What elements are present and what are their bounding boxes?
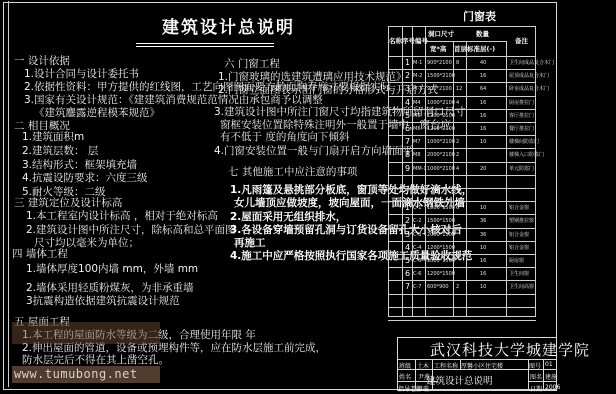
- title-block-cell: 土木: [417, 361, 429, 370]
- table-cell: M-1: [413, 60, 422, 66]
- title-underline: [136, 43, 274, 47]
- note-line: 三 建筑定位及设计标高: [14, 197, 122, 209]
- row-number: 4: [405, 243, 410, 252]
- table-cell: 1500*1500: [427, 218, 455, 224]
- watermark-url: www.tumubong.net: [12, 366, 160, 383]
- table-cell: 卫生间成品复合木门: [509, 60, 554, 66]
- note-line: 六 门窗工程: [224, 58, 280, 70]
- table-cell: 1500*2100: [427, 73, 455, 79]
- table-cell: 12: [456, 86, 462, 92]
- table-rule-h: [388, 267, 536, 268]
- table-cell: M6: [413, 126, 421, 132]
- table-cell: C-5: [413, 258, 421, 264]
- table-cell: C-2: [413, 218, 421, 224]
- table-cell: 餐厅推拉门: [509, 126, 534, 132]
- table-cell: 厨房推拉门: [509, 100, 534, 106]
- row-number: 3: [405, 84, 410, 93]
- table-rule-h: [388, 96, 536, 97]
- table-rule-h: [388, 82, 536, 83]
- table-rule-h: [388, 294, 536, 295]
- title-block-cell: 日期: [530, 384, 542, 393]
- table-rule-h: [388, 109, 536, 110]
- table-cell: 10: [480, 205, 486, 211]
- table-cell: M7: [413, 139, 421, 145]
- note-line: 防水层完后不得在其上凿空孔。: [22, 354, 169, 366]
- row-number: 1: [405, 203, 410, 212]
- row-number: 8: [405, 150, 410, 159]
- table-cell: 900*2100: [427, 86, 452, 92]
- table-cell: 36: [480, 232, 486, 238]
- table-cell: 客厅推拉门: [509, 113, 534, 119]
- table-header: 洞口尺寸: [428, 29, 454, 38]
- table-cell: M4: [413, 100, 421, 106]
- note-line: 1.设计合同与设计委托书: [24, 68, 139, 80]
- table-cell: 10: [480, 139, 486, 145]
- row-number: 3: [405, 230, 410, 239]
- table-cell: 64: [480, 86, 486, 92]
- table-cell: 20: [480, 166, 486, 172]
- title-block-cell: 2006: [545, 384, 560, 391]
- table-rule-h: [388, 241, 536, 242]
- table-cell: 1200*1500: [427, 271, 455, 277]
- table-cell: C-6: [413, 271, 421, 277]
- title-block-rule: [397, 359, 557, 360]
- note-line: 1.本工程室内设计标高 ，相对于绝对标高: [26, 210, 218, 222]
- table-rule-h: [388, 316, 536, 317]
- table-cell: 2000*2100: [427, 152, 455, 158]
- table-rule-h: [388, 307, 536, 308]
- table-rule-h: [388, 214, 536, 215]
- table-cell: 16: [480, 271, 486, 277]
- door-window-table-title: 门窗表: [463, 8, 496, 24]
- table-cell: 厨房窗: [509, 258, 524, 264]
- table-cell: 16: [480, 258, 486, 264]
- row-number: 2: [405, 216, 410, 225]
- table-cell: 16: [480, 73, 486, 79]
- note-line: 4.门窗安装位置一般与门扇开启方向墙面平: [214, 145, 413, 157]
- title-block-cell: 图名: [530, 372, 542, 381]
- table-header: 首层标准层(-): [454, 44, 495, 53]
- table-header: 名称序号编号: [389, 36, 428, 45]
- table-header: 备注: [515, 36, 528, 45]
- table-cell: 16: [480, 126, 486, 132]
- table-rule-h: [388, 320, 536, 321]
- table-cell: M5: [413, 113, 421, 119]
- table-cell: 8: [456, 60, 459, 66]
- table-cell: 1000*1500: [427, 258, 455, 264]
- table-rule-h: [388, 228, 536, 229]
- table-cell: 4: [456, 100, 459, 106]
- watermark-logo-block: [12, 322, 160, 344]
- row-number: 1: [405, 58, 410, 67]
- table-cell: 楼梯入口防盗门: [509, 152, 544, 158]
- table-rule-h: [388, 162, 536, 163]
- table-cell: 2: [456, 139, 459, 145]
- table-cell: 1000*2100: [427, 139, 455, 145]
- table-cell: 1800*1500: [427, 205, 455, 211]
- school-name: 武汉科技大学城建学院: [430, 339, 590, 360]
- table-cell: 1200*1500: [427, 245, 455, 251]
- table-cell: 铝合金窗: [509, 245, 529, 251]
- table-cell: 6: [456, 205, 459, 211]
- title-block-cell: 建施: [545, 372, 557, 381]
- note-line: 2.建筑设计图中所注尺寸，除标高和总平面图: [26, 224, 236, 236]
- table-rule-h: [388, 148, 536, 149]
- table-cell: 卫生间高窗: [509, 284, 534, 290]
- table-rule-h: [388, 135, 536, 136]
- table-cell: C-4: [413, 245, 421, 251]
- table-cell: 600*900: [427, 284, 449, 290]
- table-cell: 2: [456, 152, 459, 158]
- table-cell: 1000*2100: [427, 100, 455, 106]
- table-cell: 1000*2100: [427, 166, 455, 172]
- row-number: 5: [405, 256, 410, 265]
- table-rule-h: [388, 26, 536, 27]
- table-cell: 40: [480, 60, 486, 66]
- row-number: 2: [405, 71, 410, 80]
- table-cell: 4: [456, 166, 459, 172]
- note-line: 再施工: [234, 237, 266, 249]
- table-cell: 2: [456, 284, 459, 290]
- title-block-cell: 01: [545, 361, 553, 368]
- note-line: 1.墙体厚度100内墙 mm，外墙 mm: [26, 263, 198, 275]
- table-header: 宽*高: [430, 44, 446, 53]
- note-line: 3抗震构造依据建筑抗震设计规范: [26, 295, 180, 307]
- table-rule-h: [388, 201, 536, 202]
- table-cell: MM-1: [413, 166, 427, 172]
- frame-left-border: [8, 1, 9, 387]
- note-line: 2.墙体采用轻质粉煤灰，为非承重墙: [26, 282, 194, 294]
- title-block-rule: [543, 359, 544, 391]
- table-cell: 10: [480, 245, 486, 251]
- title-block-cell: 厚馨小区住宅楼: [461, 361, 503, 370]
- row-number: 7: [405, 282, 410, 291]
- table-cell: 2000*1500: [427, 232, 455, 238]
- title-block-cell: 工程名称: [434, 361, 458, 370]
- table-rule-h: [388, 188, 536, 189]
- table-rule-h: [388, 254, 536, 255]
- row-number: 6: [405, 269, 410, 278]
- table-cell: 塑钢推拉窗: [509, 218, 534, 224]
- table-cell: 楼梯间防盗门: [509, 139, 539, 145]
- note-line: 3.结构形式：框架填充墙: [22, 159, 137, 171]
- row-number: 9: [405, 164, 410, 173]
- table-cell: 1200*2100: [427, 126, 455, 132]
- table-cell: 铝合金窗: [509, 232, 529, 238]
- table-cell: 1200*2100: [427, 113, 455, 119]
- table-cell: 屋顶成品复合木门: [509, 73, 549, 79]
- table-header: 数量: [476, 29, 489, 38]
- table-cell: 36: [480, 218, 486, 224]
- table-cell: M-2: [413, 73, 422, 79]
- row-number: 4: [405, 98, 410, 107]
- note-line: 《建筑鏖露逆程模苯规范》: [34, 107, 160, 119]
- table-cell: 单元防盗门: [509, 166, 534, 172]
- table-cell: C-1: [413, 205, 421, 211]
- note-line: 四 墙体工程: [12, 248, 68, 260]
- table-cell: C-3: [413, 232, 421, 238]
- note-line: 2.建筑层数： 层: [22, 145, 98, 157]
- drawing-title: 建筑设计总说明: [162, 13, 295, 38]
- note-line: 1.建筑面积m: [22, 131, 84, 143]
- row-number: 7: [405, 137, 410, 146]
- table-rule-h: [388, 280, 536, 281]
- table-rule-h: [388, 56, 536, 57]
- title-block-cell: 图号: [529, 361, 541, 370]
- table-cell: 铝合金窗: [509, 205, 529, 211]
- title-block-cell: 班级: [399, 361, 411, 370]
- table-cell: 卫生间窗: [509, 271, 529, 277]
- note-line: 2.屋面采用无组织排水，: [230, 211, 346, 223]
- sheet-title: 建筑设计总说明: [426, 373, 493, 387]
- table-rule-h: [388, 122, 536, 123]
- row-number: 5: [405, 111, 410, 120]
- table-cell: 16: [480, 113, 486, 119]
- note-line: 1.门窗玻璃的选建筑遭璃应用技术规范》: [218, 71, 407, 83]
- door-window-table: 名称序号编号洞口尺寸数量宽*高首层标准层(-)备注1M-1900*2100840…: [388, 26, 536, 317]
- note-line: 一 设计依据: [14, 55, 70, 67]
- table-cell: M-3: [413, 86, 422, 92]
- table-cell: 900*2100: [427, 60, 452, 66]
- note-line: 七 其他施工中应注意的事项: [228, 166, 357, 178]
- table-cell: C-7: [413, 284, 421, 290]
- table-cell: 16: [480, 100, 486, 106]
- note-line: 4.抗震设防要求：六度三级: [22, 172, 148, 184]
- table-cell: 10: [480, 284, 486, 290]
- table-rule-h: [388, 175, 536, 176]
- row-number: 6: [405, 124, 410, 133]
- table-cell: 卧室成品复合木门: [509, 86, 549, 92]
- title-block-cell: 姓名: [399, 372, 411, 381]
- note-line: 有不低于 度的角度向下倾斜: [220, 131, 349, 143]
- table-cell: M8: [413, 152, 421, 158]
- table-rule-h: [388, 69, 536, 70]
